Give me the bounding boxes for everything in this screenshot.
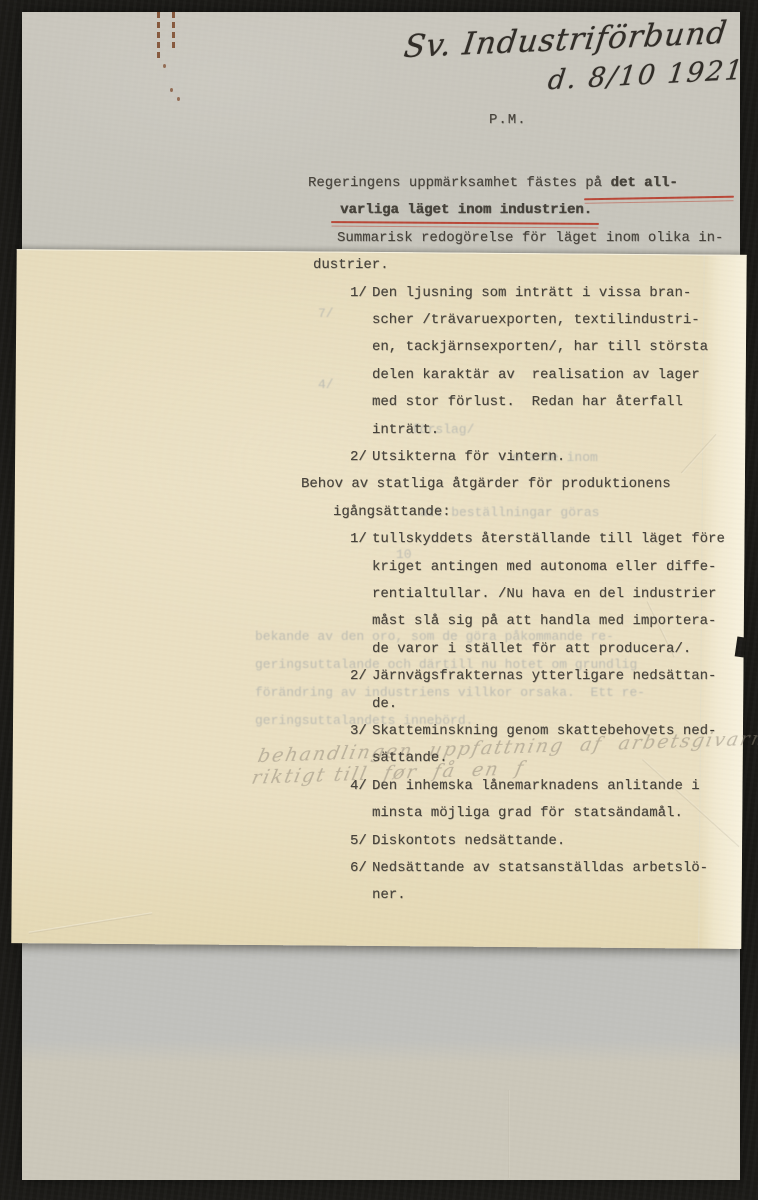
typed-line: de varor i stället för att producera/. [372, 642, 691, 657]
typed-line: minsta möjliga grad för statsändamål. [372, 806, 683, 821]
scanned-document: Sv. Industriförbund d. 8/10 1921 P.M. 7/… [0, 0, 758, 1200]
typed-line: sättande. [372, 751, 448, 766]
typed-line: Behov av statliga åtgärder för produktio… [301, 477, 671, 492]
typed-line: rentialtullar. /Nu hava en del industrie… [372, 587, 716, 602]
typed-line-list-item: Den inhemska lånemarknadens anlitande i [372, 779, 700, 794]
typed-line: de. [372, 697, 397, 712]
rust-speck [177, 97, 180, 101]
list-marker: 6/ [350, 861, 367, 876]
typed-line: delen karaktär av realisation av lager [372, 368, 700, 383]
typed-line: med stor förlust. Redan har återfall [372, 395, 683, 410]
typed-line: måst slå sig på att handla med importera… [372, 614, 716, 629]
fold-crease [508, 1090, 510, 1178]
typed-line-list-item: Järnvägsfrakternas ytterligare nedsättan… [372, 669, 716, 684]
typed-line-list-item: Skatteminskning genom skattebehovets ned… [372, 724, 716, 739]
typed-line-list-item: Diskontots nedsättande. [372, 834, 565, 849]
typed-line: scher /trävaruexporten, textilindustri- [372, 313, 700, 328]
typed-line: inträtt. [372, 423, 439, 438]
typed-line: ner. [372, 888, 406, 903]
typed-line: en, tackjärnsexporten/, har till största [372, 340, 708, 355]
memo-heading: P.M. [489, 112, 527, 128]
list-marker: 3/ [350, 724, 367, 739]
typed-line-list-item: tullskyddets återställande till läget fö… [372, 532, 725, 547]
typed-line: varliga läget inom industrien. [340, 203, 592, 218]
typed-line: kriget antingen med autonoma eller diffe… [372, 560, 716, 575]
typed-line: dustrier. [313, 258, 389, 273]
typed-line-list-item: Den ljusning som inträtt i vissa bran- [372, 286, 691, 301]
bleedthrough-line: förändring av industriens villkor orsaka… [255, 685, 645, 700]
rust-stain [157, 12, 160, 58]
typed-line-list-item: Utsikterna för vintern. [372, 450, 565, 465]
bleedthrough-line: 4/ [318, 377, 334, 392]
bleedthrough-line: 7/ [318, 306, 334, 321]
list-marker: 1/ [350, 286, 367, 301]
paper-edge-notch [735, 636, 747, 657]
list-marker: 5/ [350, 834, 367, 849]
typed-line-list-item: Nedsättande av statsanställdas arbetslö- [372, 861, 708, 876]
rust-speck [170, 88, 173, 92]
typed-line: igångsättande: [333, 505, 451, 520]
list-marker: 1/ [350, 532, 367, 547]
typed-line: Summarisk redogörelse för läget inom oli… [337, 231, 723, 246]
typed-line: Regeringens uppmärksamhet fästes på det … [308, 176, 678, 191]
list-marker: 4/ [350, 779, 367, 794]
rust-speck [163, 64, 166, 68]
list-marker: 2/ [350, 450, 367, 465]
rust-stain [172, 12, 175, 52]
list-marker: 2/ [350, 669, 367, 684]
